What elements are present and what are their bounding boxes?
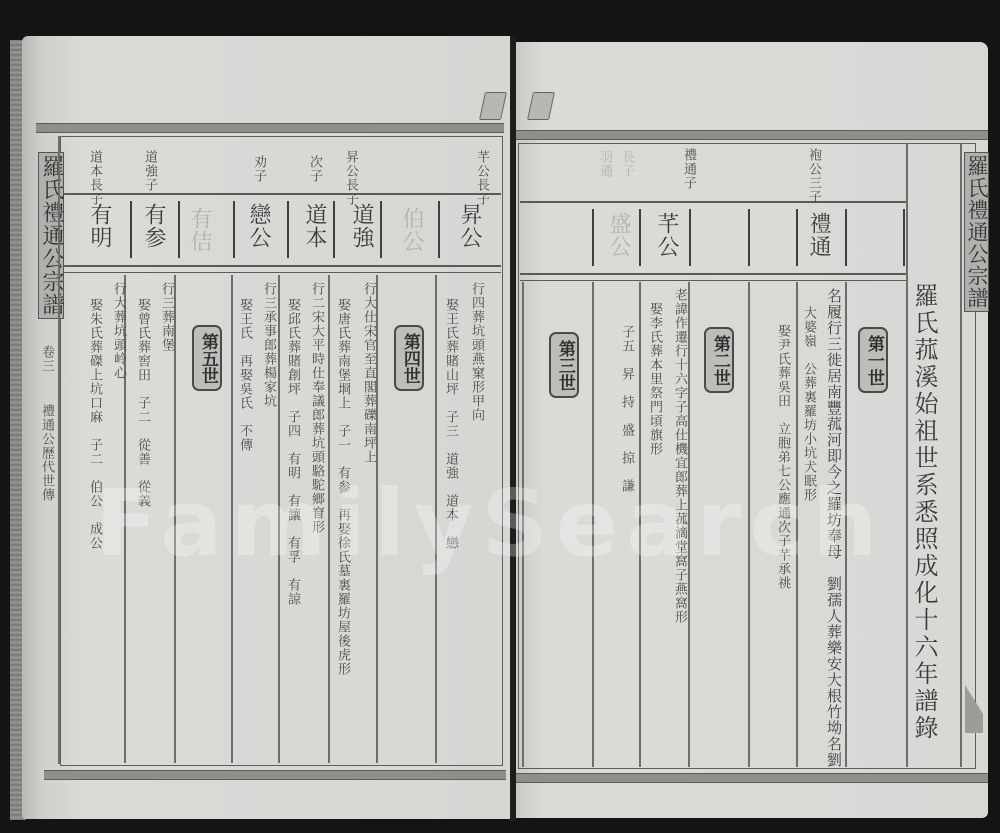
lineage-name: 道強	[350, 203, 372, 249]
name-divider	[380, 201, 382, 258]
record-line: 行四葬坑頭燕窠形甲向	[470, 282, 483, 422]
section-label: 禮通公歷代世傳	[40, 404, 53, 502]
lineage-name: 芊公	[655, 212, 677, 258]
record-line: 行三葬南堡	[160, 282, 173, 352]
column-rule	[906, 143, 908, 767]
volume-label: 卷三	[40, 345, 53, 373]
left-margin-book-title: 羅氏禮通公宗譜	[38, 152, 64, 319]
name-divider	[233, 201, 235, 258]
header-annotation: 昇公長子	[344, 150, 357, 206]
record-line: 行大仕宋官至直閣葬礫南坪上	[362, 282, 375, 464]
lineage-name: 昇公	[458, 203, 480, 249]
name-divider	[845, 209, 847, 266]
lineage-name: 道本	[303, 203, 325, 249]
bottom-border-band-right	[516, 773, 988, 783]
header-annotation: 道強子	[143, 150, 156, 192]
record-line: 娶李氏葬本里祭門頃旗形	[648, 302, 661, 456]
top-border-band-right	[516, 130, 988, 140]
header-annotation-faint: 羽通	[598, 150, 611, 178]
generation-badge: 第二世	[704, 327, 734, 393]
lineage-name: 戀公	[247, 203, 269, 249]
generation-badge: 第三世	[549, 332, 579, 398]
name-divider	[796, 209, 798, 266]
page-main-heading: 羅氏菰溪始祖世系悉照成化十六年譜錄	[912, 283, 936, 742]
book-spine	[510, 36, 516, 821]
generation-badge: 第五世	[192, 325, 222, 391]
name-divider	[903, 209, 905, 266]
name-divider	[592, 209, 594, 266]
record-line: 娶王氏 再娶吳氏 不傳	[238, 298, 251, 452]
header-annotation: 劝子	[252, 155, 265, 183]
record-line: 行三承事郎葬楊家坑	[262, 282, 275, 408]
name-divider	[748, 209, 750, 266]
left-names-rule-2	[60, 272, 501, 273]
lineage-name-faint: 伯公	[400, 207, 422, 253]
lineage-name: 禮通	[807, 212, 829, 258]
name-divider	[438, 201, 440, 258]
lineage-name-faint: 盛公	[607, 212, 629, 258]
top-border-band-left	[36, 123, 504, 133]
left-header-rule	[60, 193, 501, 195]
name-divider	[689, 209, 691, 266]
right-header-rule	[520, 201, 908, 203]
right-margin-book-title: 羅氏禮通公宗譜	[964, 152, 989, 312]
bottom-border-band-left	[44, 770, 506, 780]
generation-badge: 第一世	[858, 327, 888, 393]
right-margin-rule	[960, 143, 962, 767]
generation-badge: 第四世	[394, 325, 424, 391]
name-divider	[130, 201, 132, 258]
lineage-name: 有参	[142, 203, 164, 249]
left-names-rule	[60, 265, 501, 267]
name-divider	[639, 209, 641, 266]
name-divider	[178, 201, 180, 258]
record-line: 行大葬坑頭岭心	[112, 282, 125, 380]
watermark: FamilySearch	[95, 470, 886, 577]
lineage-name: 有明	[88, 203, 110, 249]
header-annotation: 芊公長子	[475, 150, 488, 206]
header-annotation: 禮通子	[682, 148, 695, 190]
left-page-frame	[60, 136, 503, 766]
name-divider	[333, 201, 335, 258]
right-names-rule	[520, 273, 908, 275]
header-annotation-faint: 長子	[620, 150, 633, 178]
lineage-name-faint: 有佶	[188, 207, 210, 253]
header-annotation: 道本長子	[88, 150, 101, 206]
header-annotation: 次子	[308, 155, 321, 183]
right-names-rule-2	[520, 280, 908, 281]
header-annotation: 袍公三子	[807, 148, 820, 204]
record-line: 子五 昇 持 盛 掠 謙	[620, 325, 633, 493]
left-margin-rule	[58, 136, 60, 764]
name-divider	[287, 201, 289, 258]
